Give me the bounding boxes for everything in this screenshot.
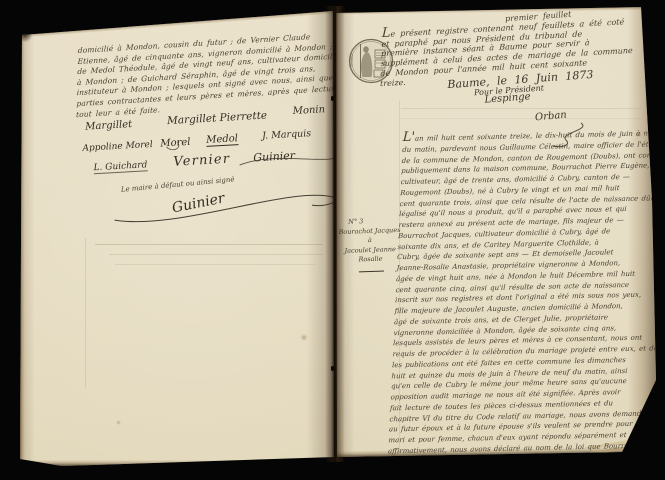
ruled-line <box>401 118 641 119</box>
page-left-edge <box>19 35 25 463</box>
binding-stitch <box>331 96 334 101</box>
margin-rule <box>85 238 86 388</box>
foxing-spot <box>300 334 308 341</box>
page-top-edge <box>336 6 643 15</box>
book-gutter <box>325 6 345 462</box>
act-text: L'an mil huit cent soixante treize, le d… <box>388 127 661 457</box>
page-bottom-edge <box>20 460 335 467</box>
signature-flourish-icon <box>79 107 355 242</box>
svg-text:TIMBRE: TIMBRE <box>350 53 354 67</box>
right-page: TIMBRE premier feuillet Le présent regis… <box>335 5 660 460</box>
ruled-line <box>115 264 315 265</box>
foxing-spot <box>116 420 121 425</box>
signature-block: Margillet Margillet Pierrette Monin Appo… <box>79 107 347 241</box>
binding-stitch <box>331 366 334 371</box>
ruled-line <box>109 254 323 255</box>
corner-stain <box>17 28 33 42</box>
margin-note-rule <box>358 270 383 272</box>
margin-note-lines: Bourachot JacquesàJacoulet JeanneRosalie <box>334 225 405 265</box>
left-page: domicilié à Mondon, cousin du futur ; de… <box>19 10 335 468</box>
ruled-line <box>95 244 323 245</box>
scanned-register-spread: domicilié à Mondon, cousin du futur ; de… <box>0 0 665 480</box>
